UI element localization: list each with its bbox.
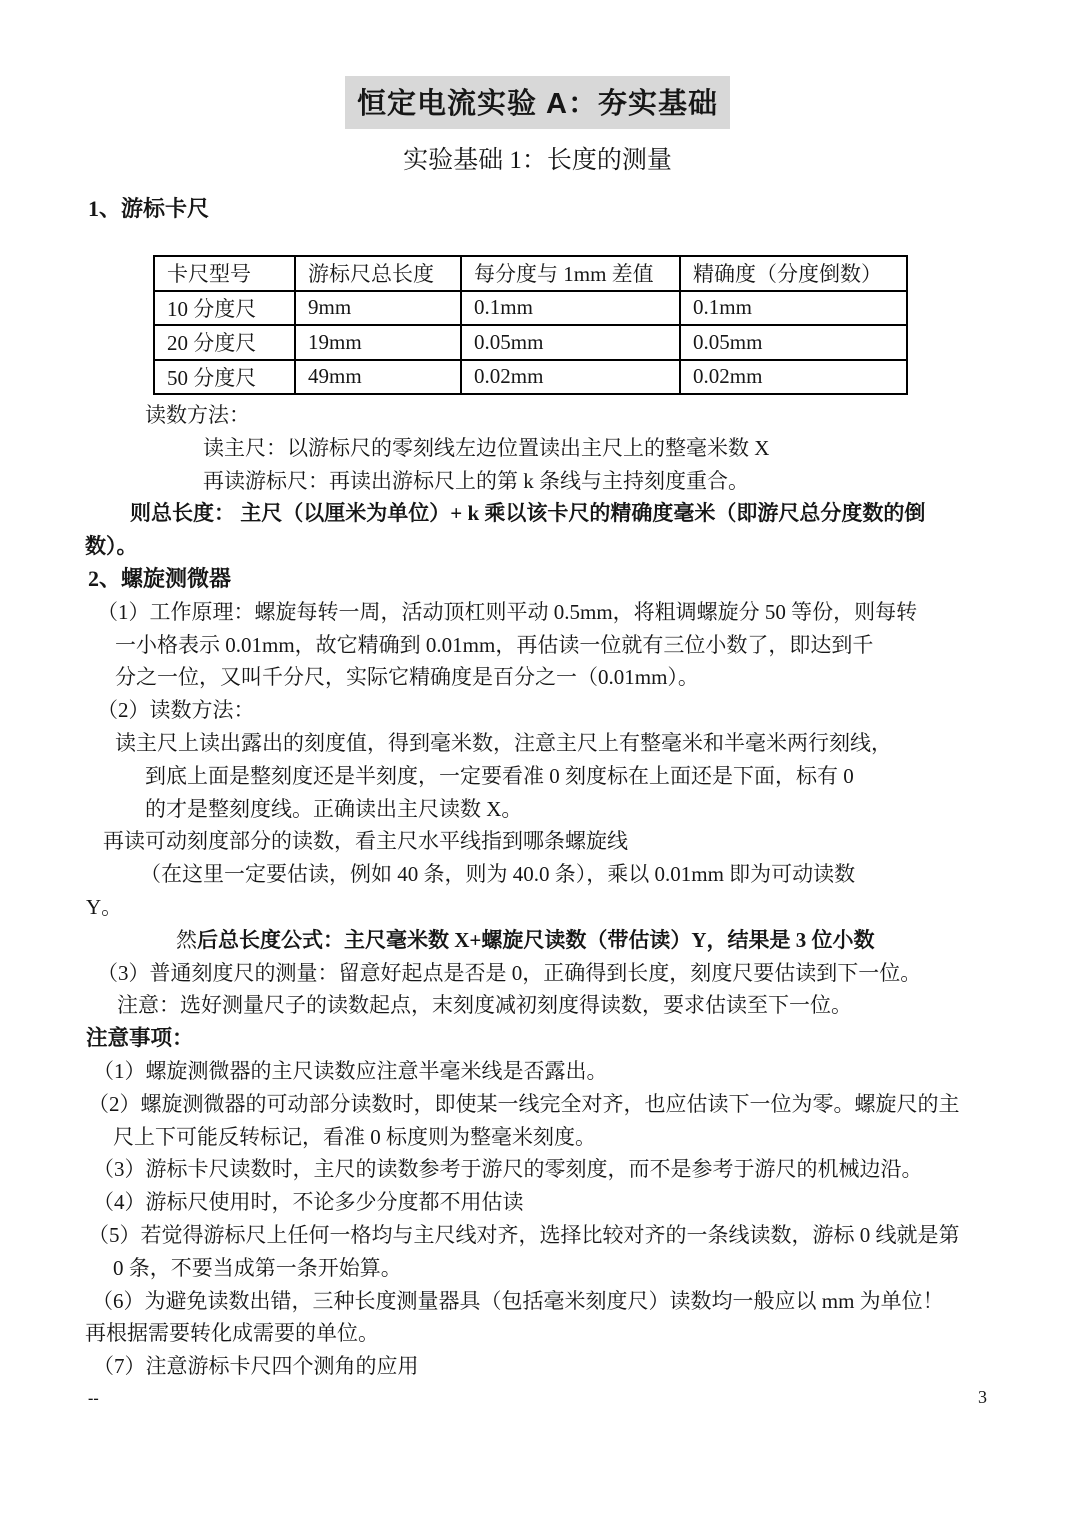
- footer-dash-mark: --: [88, 1390, 99, 1408]
- document-page: 恒定电流实验 A：夯实基础 实验基础 1：长度的测量 1、游标卡尺 卡尺型号 游…: [0, 0, 1075, 1518]
- note-item: （3）游标卡尺读数时，主尺的读数参考于游尺的零刻度，而不是参考于游尺的机械边沿。: [93, 1153, 1075, 1186]
- ruler-line: 注意：选好测量尺子的读数起点，末刻度减初刻度得读数，要求估读至下一位。: [117, 989, 1075, 1022]
- principle-line: 一小格表示 0.01mm，故它精确到 0.01mm，再估读一位就有三位小数了，即…: [115, 629, 1075, 662]
- total-length-line2: 数）。: [85, 530, 1075, 563]
- reading-line: Y。: [86, 891, 1075, 924]
- table-cell: 0.05mm: [680, 325, 907, 360]
- table-header-diff: 每分度与 1mm 差值: [461, 256, 680, 291]
- note-item: （6）为避免读数出错，三种长度测量器具（包括毫米刻度尺）读数均一般应以 mm 为…: [92, 1285, 1075, 1318]
- principle-line: （1）工作原理：螺旋每转一周，活动顶杠则平动 0.5mm，将粗调螺旋分 50 等…: [97, 596, 1075, 629]
- note-item: （1）螺旋测微器的主尺读数应注意半毫米线是否露出。: [93, 1055, 1075, 1088]
- formula-prefix: 然: [176, 928, 197, 952]
- table-cell: 0.1mm: [461, 291, 680, 326]
- section1-heading: 1、游标卡尺: [88, 192, 209, 223]
- table-cell: 50 分度尺: [154, 360, 295, 395]
- page-title: 恒定电流实验 A：夯实基础: [345, 76, 730, 129]
- table-cell: 19mm: [295, 325, 461, 360]
- page-subtitle: 实验基础 1：长度的测量: [0, 140, 1075, 176]
- note-item: （5）若觉得游标尺上任何一格均与主尺线对齐，选择比较对齐的一条线读数，游标 0 …: [88, 1219, 1075, 1252]
- ruler-line: （3）普通刻度尺的测量：留意好起点是否是 0，正确得到长度，刻度尺要估读到下一位…: [97, 957, 1075, 990]
- reading-label: （2）读数方法：: [97, 694, 1075, 727]
- table-cell: 0.02mm: [680, 360, 907, 395]
- section2-heading: 2、螺旋测微器: [88, 563, 1075, 596]
- table-header-row: 卡尺型号 游标尺总长度 每分度与 1mm 差值 精确度（分度倒数）: [154, 256, 907, 291]
- reading-line: 读主尺上读出露出的刻度值，得到毫米数，注意主尺上有整毫米和半毫米两行刻线，: [115, 727, 1075, 760]
- caliper-table: 卡尺型号 游标尺总长度 每分度与 1mm 差值 精确度（分度倒数） 10 分度尺…: [153, 255, 908, 395]
- table-cell: 0.02mm: [461, 360, 680, 395]
- reading-method-label: 读数方法：: [145, 399, 1075, 432]
- title-row: 恒定电流实验 A：夯实基础: [0, 76, 1075, 129]
- table-header-length: 游标尺总长度: [295, 256, 461, 291]
- table-cell: 20 分度尺: [154, 325, 295, 360]
- reading-line: 再读可动刻度部分的读数，看主尺水平线指到哪条螺旋线: [103, 825, 1075, 858]
- table-row: 50 分度尺 49mm 0.02mm 0.02mm: [154, 360, 907, 395]
- formula-line: 然后总长度公式：主尺毫米数 X+螺旋尺读数（带估读）Y，结果是 3 位小数: [176, 924, 1075, 957]
- reading-line: （在这里一定要估读，例如 40 条，则为 40.0 条），乘以 0.01mm 即…: [140, 858, 1075, 891]
- table-header-model: 卡尺型号: [154, 256, 295, 291]
- reading-line: 到底上面是整刻度还是半刻度，一定要看准 0 刻度标在上面还是下面，标有 0: [145, 760, 1075, 793]
- reading-line: 的才是整刻度线。正确读出主尺读数 X。: [145, 793, 1075, 826]
- note-item: （2）螺旋测微器的可动部分读数时，即使某一线完全对齐，也应估读下一位为零。螺旋尺…: [88, 1088, 1075, 1121]
- table-cell: 49mm: [295, 360, 461, 395]
- notes-heading: 注意事项：: [86, 1022, 1075, 1055]
- note-item-wrap: 尺上下可能反转标记，看准 0 标度则为整毫米刻度。: [113, 1121, 1075, 1154]
- table-cell: 0.05mm: [461, 325, 680, 360]
- table-cell: 0.1mm: [680, 291, 907, 326]
- body-text: 读数方法： 读主尺：以游标尺的零刻线左边位置读出主尺上的整毫米数 X 再读游标尺…: [0, 399, 1075, 1383]
- note-item: （7）注意游标卡尺四个测角的应用: [93, 1350, 1075, 1383]
- table-row: 10 分度尺 9mm 0.1mm 0.1mm: [154, 291, 907, 326]
- page-number: 3: [978, 1387, 987, 1408]
- total-length-line1: 则总长度： 主尺（以厘米为单位）+ k 乘以该卡尺的精确度毫米（即游尺总分度数的…: [130, 497, 1075, 530]
- note-item-wrap: 0 条，不要当成第一条开始算。: [113, 1252, 1075, 1285]
- read-vernier-rule: 再读游标尺：再读出游标尺上的第 k 条线与主持刻度重合。: [203, 465, 1075, 498]
- principle-line: 分之一位，又叫千分尺，实际它精确度是百分之一（0.01mm）。: [115, 661, 1075, 694]
- note-item: （4）游标尺使用时，不论多少分度都不用估读: [93, 1186, 1075, 1219]
- table-row: 20 分度尺 19mm 0.05mm 0.05mm: [154, 325, 907, 360]
- table-cell: 10 分度尺: [154, 291, 295, 326]
- note-item-wrap: 再根据需要转化成需要的单位。: [85, 1317, 1075, 1350]
- table-cell: 9mm: [295, 291, 461, 326]
- formula-bold-text: 后总长度公式：主尺毫米数 X+螺旋尺读数（带估读）Y，结果是 3 位小数: [197, 928, 875, 952]
- table-header-precision: 精确度（分度倒数）: [680, 256, 907, 291]
- read-main-rule: 读主尺：以游标尺的零刻线左边位置读出主尺上的整毫米数 X: [203, 432, 1075, 465]
